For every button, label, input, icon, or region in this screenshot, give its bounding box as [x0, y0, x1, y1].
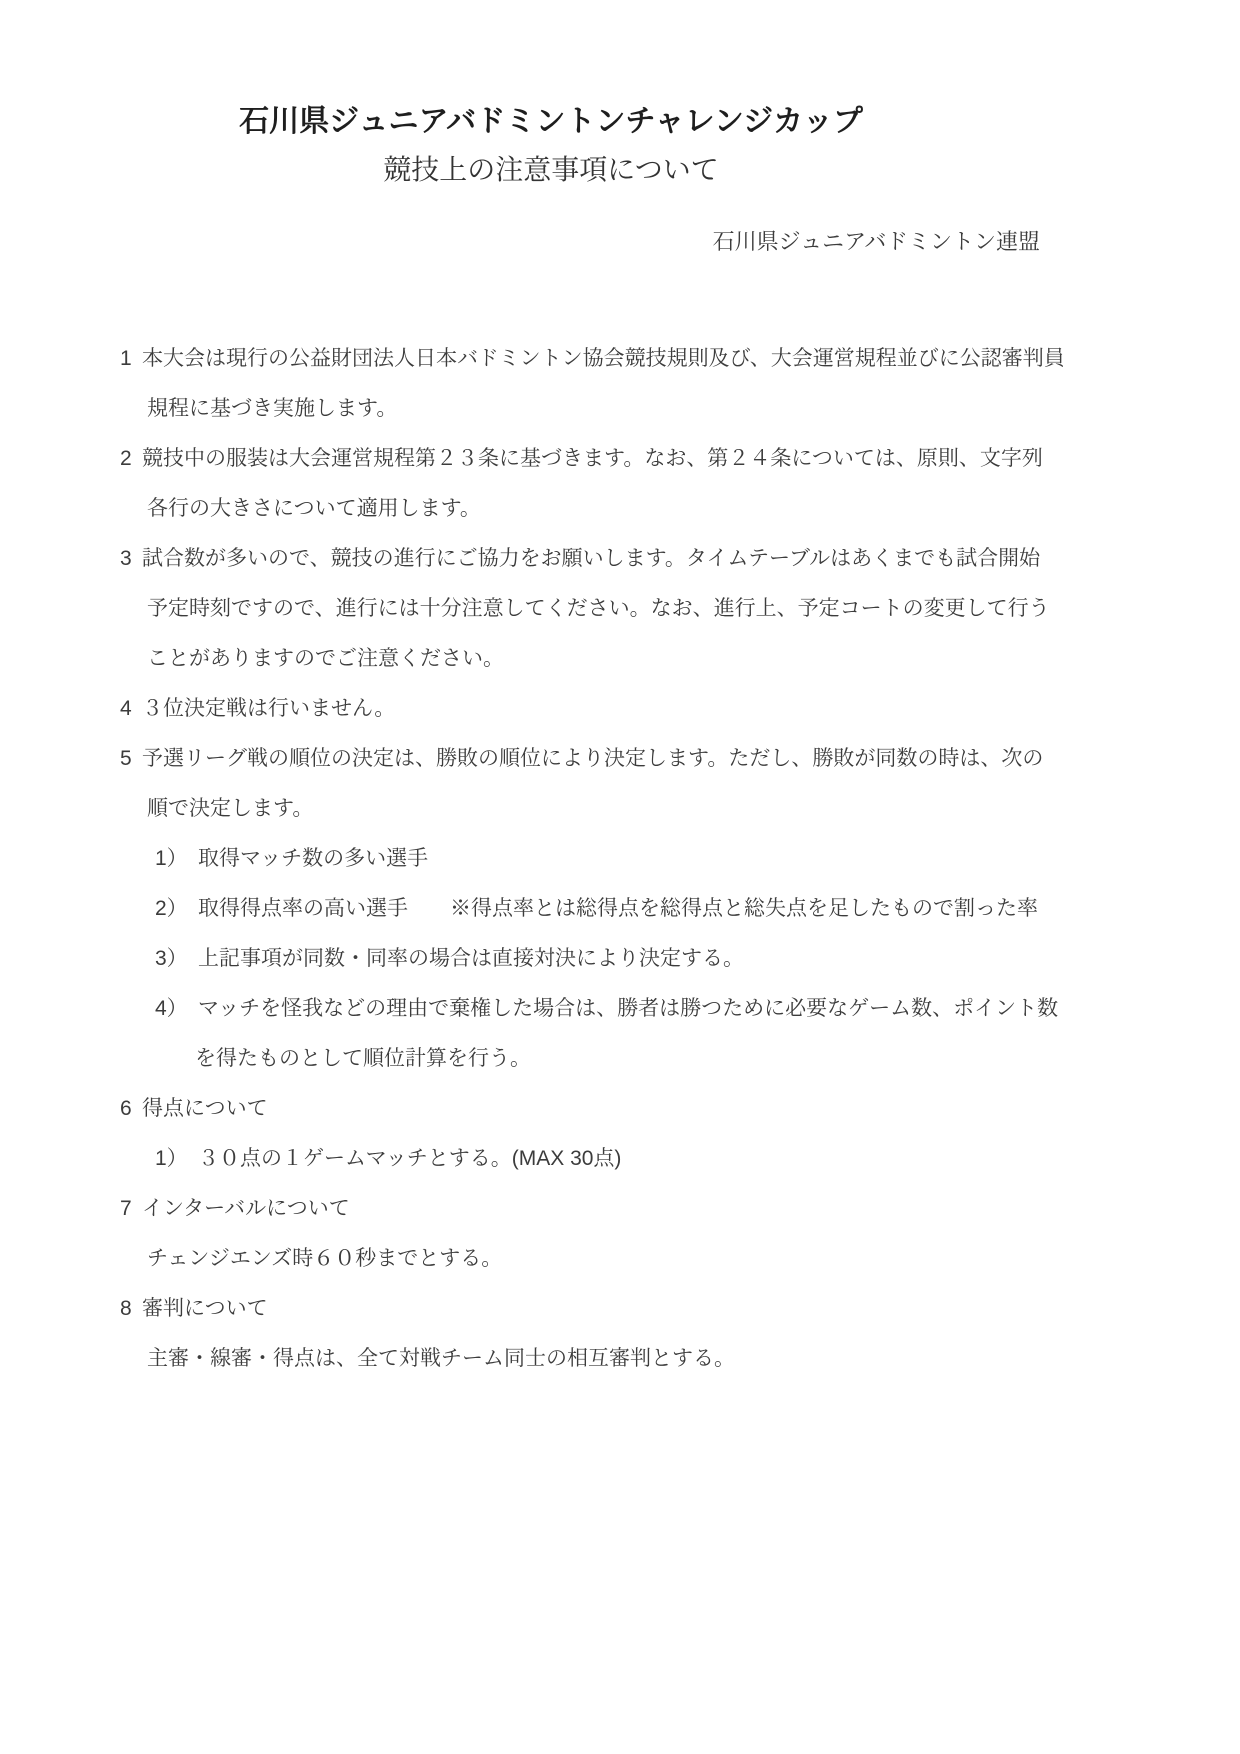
- document-line: 7 インターバルについて: [62, 1184, 1040, 1234]
- document-line: 1 本大会は現行の公益財団法人日本バドミントン協会競技規則及び、大会運営規程並び…: [62, 334, 1040, 384]
- document-line: 5 予選リーグ戦の順位の決定は、勝敗の順位により決定します。ただし、勝敗が同数の…: [62, 734, 1040, 784]
- document-line: 規程に基づき実施します。: [62, 384, 1040, 434]
- line-number: 7: [120, 1184, 132, 1234]
- line-text: 予選リーグ戦の順位の決定は、勝敗の順位により決定します。ただし、勝敗が同数の時は…: [142, 734, 1040, 784]
- document-line: 6 得点について: [62, 1084, 1040, 1134]
- line-text: 順で決定します。: [147, 784, 1040, 834]
- document-line: ことがありますのでご注意ください。: [62, 634, 1040, 684]
- document-line: 主審・線審・得点は、全て対戦チーム同士の相互審判とする。: [62, 1334, 1040, 1384]
- document-line: チェンジエンズ時６０秒までとする。: [62, 1234, 1040, 1284]
- line-text: チェンジエンズ時６０秒までとする。: [147, 1234, 1040, 1284]
- line-text: 審判について: [142, 1284, 1040, 1334]
- line-text: 得点について: [142, 1084, 1040, 1134]
- line-text: 規程に基づき実施します。: [147, 384, 1040, 434]
- document-line: 1） ３０点の１ゲームマッチとする。(MAX 30点): [62, 1134, 1040, 1184]
- line-number: 8: [120, 1284, 132, 1334]
- line-number: 1: [120, 334, 132, 384]
- line-text: 競技中の服装は大会運営規程第２３条に基づきます。なお、第２４条については、原則、…: [142, 434, 1040, 484]
- line-text: 主審・線審・得点は、全て対戦チーム同士の相互審判とする。: [147, 1334, 1040, 1384]
- line-text: 予定時刻ですので、進行には十分注意してください。なお、進行上、予定コートの変更し…: [147, 584, 1040, 634]
- rules-list: 1 本大会は現行の公益財団法人日本バドミントン協会競技規則及び、大会運営規程並び…: [62, 334, 1040, 1384]
- line-number: 3: [120, 534, 132, 584]
- document-page: 石川県ジュニアバドミントンチャレンジカップ 競技上の注意事項について 石川県ジュ…: [0, 0, 1240, 1754]
- line-text: を得たものとして順位計算を行う。: [195, 1034, 1040, 1084]
- line-number: 1）: [155, 1134, 188, 1184]
- line-number: 2）: [155, 884, 188, 934]
- document-line: 3） 上記事項が同数・同率の場合は直接対決により決定する。: [62, 934, 1040, 984]
- line-number: 4: [120, 684, 132, 734]
- document-line: 8 審判について: [62, 1284, 1040, 1334]
- line-text: インターバルについて: [142, 1184, 1040, 1234]
- line-text: ことがありますのでご注意ください。: [147, 634, 1040, 684]
- document-line: 3 試合数が多いので、競技の進行にご協力をお願いします。タイムテーブルはあくまで…: [62, 534, 1040, 584]
- line-number: 5: [120, 734, 132, 784]
- line-text: 本大会は現行の公益財団法人日本バドミントン協会競技規則及び、大会運営規程並びに公…: [142, 334, 1040, 384]
- line-number: 6: [120, 1084, 132, 1134]
- document-line: 4） マッチを怪我などの理由で棄権した場合は、勝者は勝つために必要なゲーム数、ポ…: [62, 984, 1040, 1034]
- document-line: 2 競技中の服装は大会運営規程第２３条に基づきます。なお、第２４条については、原…: [62, 434, 1040, 484]
- document-line: 1） 取得マッチ数の多い選手: [62, 834, 1040, 884]
- document-line: 4 ３位決定戦は行いません。: [62, 684, 1040, 734]
- document-line: 各行の大きさについて適用します。: [62, 484, 1040, 534]
- line-text: マッチを怪我などの理由で棄権した場合は、勝者は勝つために必要なゲーム数、ポイント…: [198, 984, 1040, 1034]
- document-line: を得たものとして順位計算を行う。: [62, 1034, 1040, 1084]
- document-subtitle: 競技上の注意事項について: [62, 152, 1040, 188]
- document-line: 2） 取得得点率の高い選手 ※得点率とは総得点を総得点と総失点を足したもので割っ…: [62, 884, 1040, 934]
- document-title: 石川県ジュニアバドミントンチャレンジカップ: [62, 102, 1040, 142]
- line-number: 4）: [155, 984, 188, 1034]
- line-text: 上記事項が同数・同率の場合は直接対決により決定する。: [198, 934, 1040, 984]
- document-text-area: 石川県ジュニアバドミントンチャレンジカップ 競技上の注意事項について 石川県ジュ…: [62, 0, 1040, 1384]
- line-text: 試合数が多いので、競技の進行にご協力をお願いします。タイムテーブルはあくまでも試…: [142, 534, 1040, 584]
- line-text: 取得得点率の高い選手 ※得点率とは総得点を総得点と総失点を足したもので割った率: [198, 884, 1040, 934]
- line-text: 取得マッチ数の多い選手: [198, 834, 1040, 884]
- document-line: 順で決定します。: [62, 784, 1040, 834]
- line-text: ３位決定戦は行いません。: [142, 684, 1040, 734]
- line-number: 1）: [155, 834, 188, 884]
- organization-name: 石川県ジュニアバドミントン連盟: [62, 228, 1040, 256]
- line-text: ３０点の１ゲームマッチとする。(MAX 30点): [198, 1134, 1040, 1184]
- line-text: 各行の大きさについて適用します。: [147, 484, 1040, 534]
- line-number: 3）: [155, 934, 188, 984]
- document-line: 予定時刻ですので、進行には十分注意してください。なお、進行上、予定コートの変更し…: [62, 584, 1040, 634]
- line-number: 2: [120, 434, 132, 484]
